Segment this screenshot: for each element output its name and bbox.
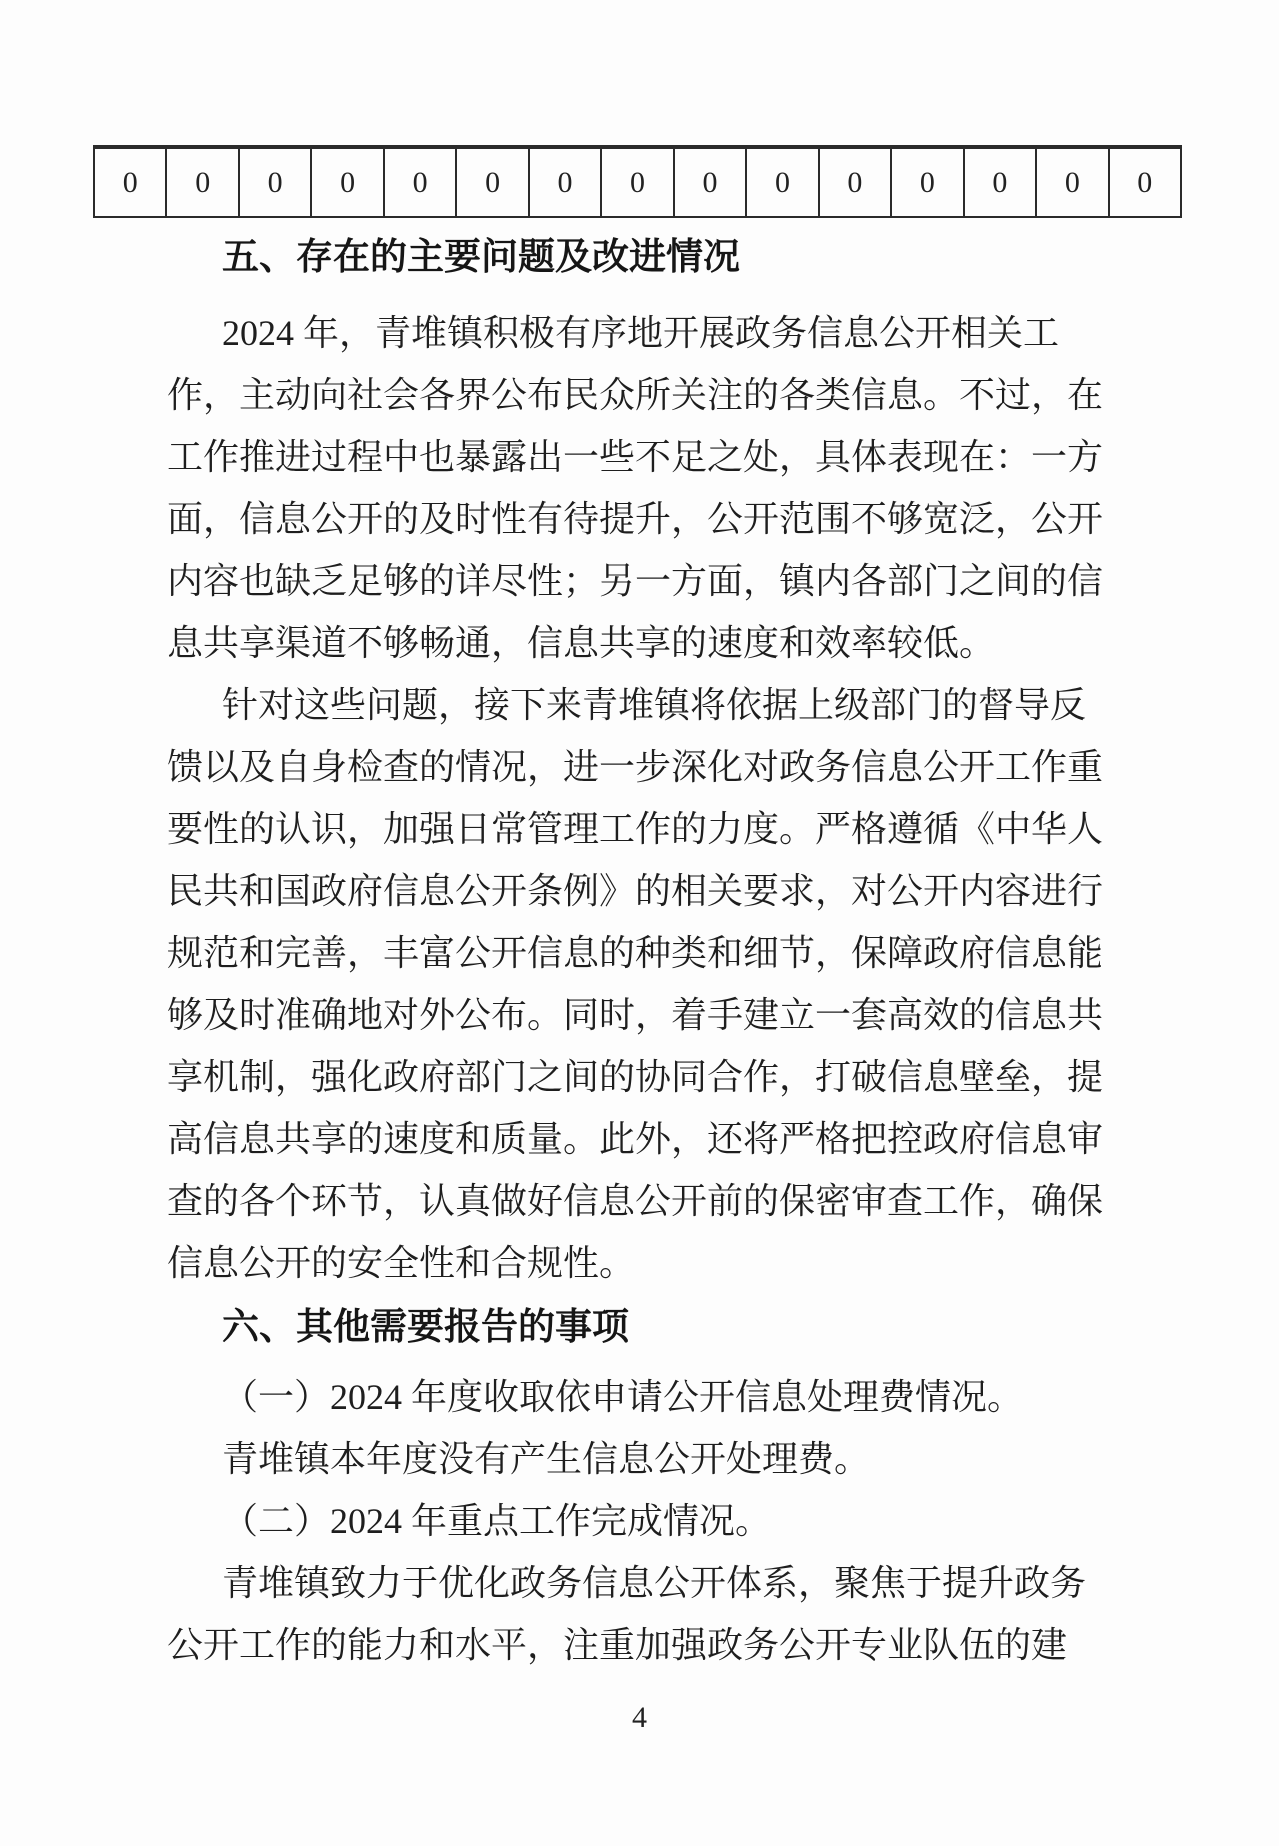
table-cell: 0 — [312, 149, 384, 216]
section6-items: （一）2024 年度收取依申请公开信息处理费情况。 青堆镇本年度没有产生信息公开… — [167, 1366, 1107, 1676]
table-cell: 0 — [457, 149, 529, 216]
section6-heading: 六、其他需要报告的事项 — [167, 1296, 1107, 1358]
paragraph-line: 要性的认识，加强日常管理工作的力度。严格遵循《中华人 — [167, 798, 1107, 860]
paragraph-line: 查的各个环节，认真做好信息公开前的保密审查工作，确保 — [167, 1170, 1107, 1232]
section6-item-1: （一）2024 年度收取依申请公开信息处理费情况。 — [167, 1366, 1107, 1428]
paragraph-line: 工作推进过程中也暴露出一些不足之处，具体表现在：一方 — [167, 426, 1107, 488]
paragraph-line: 享机制，强化政府部门之间的协同合作，打破信息壁垒，提 — [167, 1046, 1107, 1108]
table-cell: 0 — [530, 149, 602, 216]
section5-paragraph-1: 2024 年，青堆镇积极有序地开展政务信息公开相关工 作，主动向社会各界公布民众… — [167, 302, 1107, 674]
paragraph-line: 面，信息公开的及时性有待提升，公开范围不够宽泛，公开 — [167, 488, 1107, 550]
paragraph-line: 信息公开的安全性和合规性。 — [167, 1232, 1107, 1294]
section6-item-2: （二）2024 年重点工作完成情况。 — [167, 1490, 1107, 1552]
table-cell: 0 — [747, 149, 819, 216]
paragraph-line: 内容也缺乏足够的详尽性；另一方面，镇内各部门之间的信 — [167, 550, 1107, 612]
paragraph-line: 息共享渠道不够畅通，信息共享的速度和效率较低。 — [167, 612, 1107, 674]
table-cell: 0 — [820, 149, 892, 216]
paragraph-line: 青堆镇致力于优化政务信息公开体系，聚焦于提升政务 — [167, 1552, 1107, 1614]
table-cell: 0 — [385, 149, 457, 216]
paragraph-line: 馈以及自身检查的情况，进一步深化对政务信息公开工作重 — [167, 736, 1107, 798]
paragraph-line: 够及时准确地对外公布。同时，着手建立一套高效的信息共 — [167, 984, 1107, 1046]
document-page: 0 0 0 0 0 0 0 0 0 0 0 0 0 0 0 五、存在的主要问题及… — [0, 0, 1279, 1846]
paragraph-line: 作，主动向社会各界公布民众所关注的各类信息。不过，在 — [167, 364, 1107, 426]
paragraph-line: 针对这些问题，接下来青堆镇将依据上级部门的督导反 — [167, 674, 1107, 736]
table-cell: 0 — [1110, 149, 1180, 216]
section6-item-1-note: 青堆镇本年度没有产生信息公开处理费。 — [167, 1428, 1107, 1490]
paragraph-line: 高信息共享的速度和质量。此外，还将严格把控政府信息审 — [167, 1108, 1107, 1170]
table-cell: 0 — [965, 149, 1037, 216]
table-cell: 0 — [240, 149, 312, 216]
table-cell: 0 — [95, 149, 167, 216]
paragraph-line: 民共和国政府信息公开条例》的相关要求，对公开内容进行 — [167, 860, 1107, 922]
statistics-table-row: 0 0 0 0 0 0 0 0 0 0 0 0 0 0 0 — [93, 145, 1182, 218]
page-number: 4 — [0, 1700, 1279, 1736]
paragraph-line: 规范和完善，丰富公开信息的种类和细节，保障政府信息能 — [167, 922, 1107, 984]
paragraph-line: 2024 年，青堆镇积极有序地开展政务信息公开相关工 — [167, 302, 1107, 364]
paragraph-line: 公开工作的能力和水平，注重加强政务公开专业队伍的建 — [167, 1614, 1107, 1676]
document-body: 五、存在的主要问题及改进情况 2024 年，青堆镇积极有序地开展政务信息公开相关… — [167, 217, 1107, 1676]
table-cell: 0 — [892, 149, 964, 216]
section5-paragraph-2: 针对这些问题，接下来青堆镇将依据上级部门的督导反 馈以及自身检查的情况，进一步深… — [167, 674, 1107, 1294]
table-cell: 0 — [1037, 149, 1109, 216]
table-cell: 0 — [675, 149, 747, 216]
table-cell: 0 — [602, 149, 674, 216]
table-cell: 0 — [167, 149, 239, 216]
section5-heading: 五、存在的主要问题及改进情况 — [167, 226, 1107, 288]
